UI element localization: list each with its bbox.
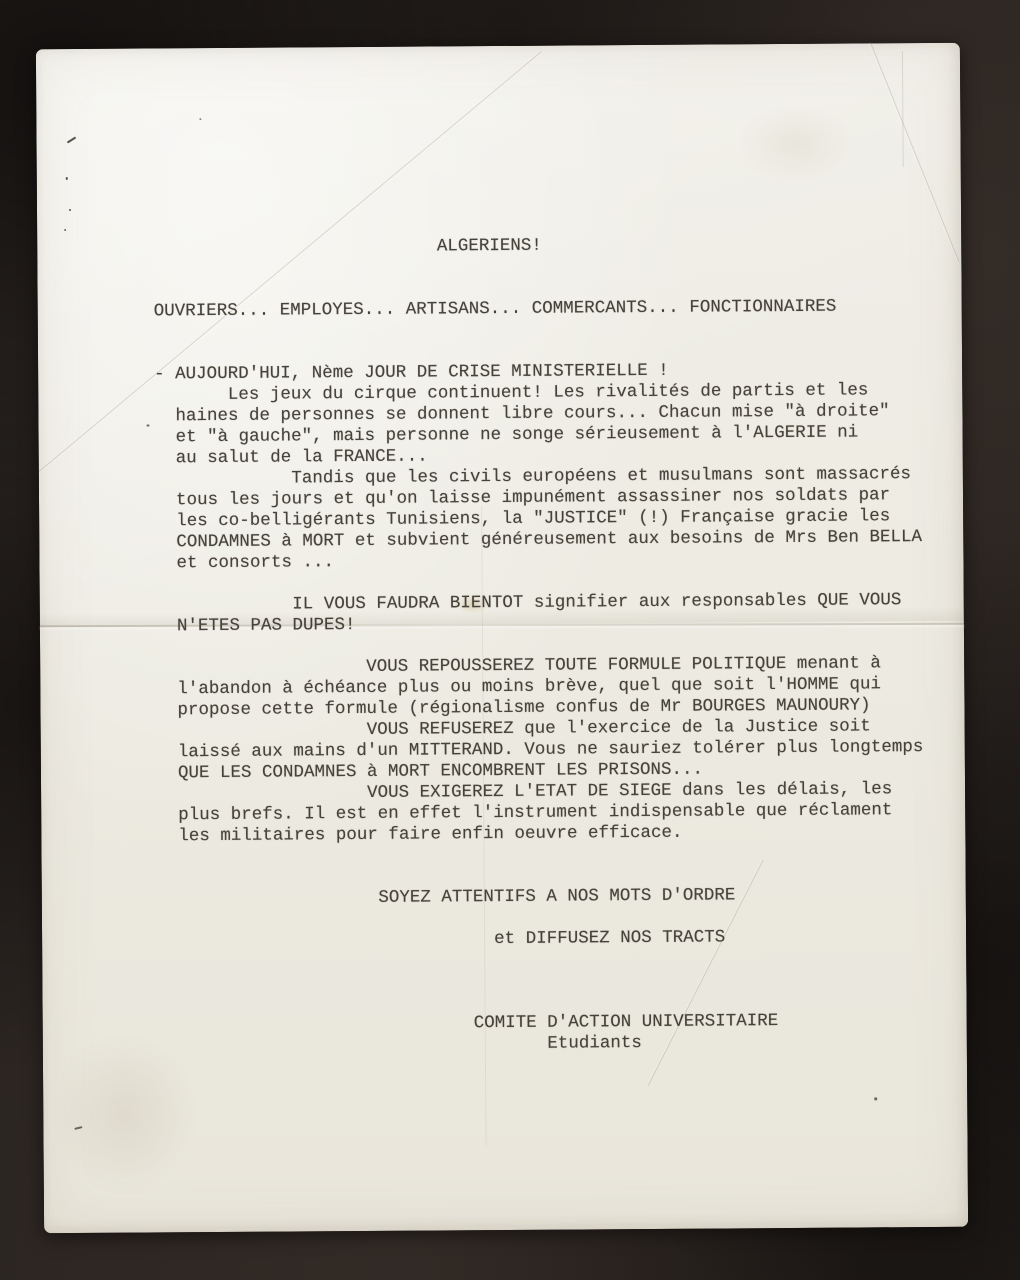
ink-speck (147, 424, 150, 426)
paper-marks (36, 43, 960, 49)
document-paper: ALGERIENS! OUVRIERS... EMPLOYES... ARTIS… (36, 43, 968, 1233)
document-text: ALGERIENS! OUVRIERS... EMPLOYES... ARTIS… (153, 233, 961, 1058)
faint-smudge (736, 104, 857, 185)
ink-speck (874, 1097, 877, 1100)
ink-speck (67, 136, 77, 143)
ink-speck (64, 229, 66, 231)
text-line: Etudiants (159, 1031, 961, 1058)
short-vertical-crease-top-right (902, 51, 904, 167)
ink-speck (66, 177, 68, 180)
ink-speck (69, 209, 71, 211)
ink-speck (199, 118, 201, 120)
photo-background: ALGERIENS! OUVRIERS... EMPLOYES... ARTIS… (0, 0, 1020, 1280)
diagonal-crease-top-right (870, 42, 960, 262)
